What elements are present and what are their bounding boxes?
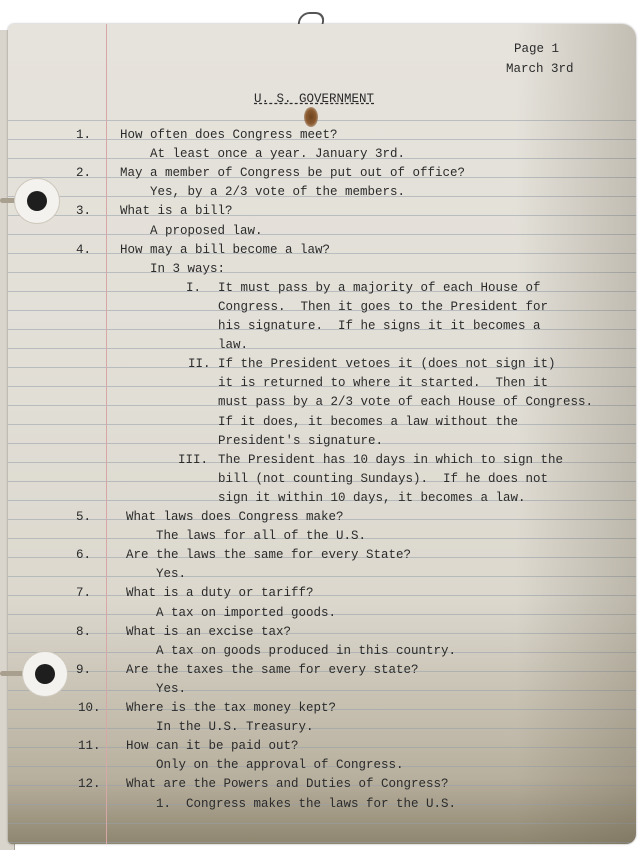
answer-text: The laws for all of the U.S. xyxy=(156,529,366,543)
question-number: 8. xyxy=(76,625,91,639)
question-text: What is an excise tax? xyxy=(126,625,291,639)
page-title: U. S. GOVERNMENT xyxy=(254,92,374,106)
typed-content: Page 1 March 3rd U. S. GOVERNMENT 1.How … xyxy=(8,24,636,844)
answer-text: Only on the approval of Congress. xyxy=(156,758,404,772)
way-text: bill (not counting Sundays). If he does … xyxy=(218,472,548,486)
question-text: May a member of Congress be put out of o… xyxy=(120,166,465,180)
answer-text: A proposed law. xyxy=(150,224,263,238)
question-text: Are the laws the same for every State? xyxy=(126,548,411,562)
answer-text: Yes, by a 2/3 vote of the members. xyxy=(150,185,405,199)
way-text: it is returned to where it started. Then… xyxy=(218,376,548,390)
question-number: 2. xyxy=(76,166,91,180)
way-text: must pass by a 2/3 vote of each House of… xyxy=(218,395,593,409)
answer-text: In the U.S. Treasury. xyxy=(156,720,314,734)
question-number: 11. xyxy=(78,739,101,753)
notebook-page: Page 1 March 3rd U. S. GOVERNMENT 1.How … xyxy=(8,24,636,844)
page-number: Page 1 xyxy=(514,42,559,56)
roman-numeral: II. xyxy=(188,357,211,371)
answer-text: Yes. xyxy=(156,682,186,696)
answer-text: At least once a year. January 3rd. xyxy=(150,147,405,161)
question-text: What laws does Congress make? xyxy=(126,510,344,524)
way-text: sign it within 10 days, it becomes a law… xyxy=(218,491,526,505)
question-number: 5. xyxy=(76,510,91,524)
question-text: Are the taxes the same for every state? xyxy=(126,663,419,677)
question-number: 12. xyxy=(78,777,101,791)
question-text: What is a duty or tariff? xyxy=(126,586,314,600)
answer-text: Yes. xyxy=(156,567,186,581)
way-text: It must pass by a majority of each House… xyxy=(218,281,541,295)
question-text: What is a bill? xyxy=(120,204,233,218)
way-text: Congress. Then it goes to the President … xyxy=(218,300,548,314)
binder-hole xyxy=(35,664,55,684)
way-text: If it does, it becomes a law without the xyxy=(218,415,518,429)
roman-numeral: III. xyxy=(178,453,208,467)
way-text: his signature. If he signs it it becomes… xyxy=(218,319,541,333)
question-text: How often does Congress meet? xyxy=(120,128,338,142)
roman-numeral: I. xyxy=(186,281,201,295)
answer-text: In 3 ways: xyxy=(150,262,225,276)
question-text: Where is the tax money kept? xyxy=(126,701,336,715)
way-text: If the President vetoes it (does not sig… xyxy=(218,357,556,371)
question-number: 1. xyxy=(76,128,91,142)
way-text: law. xyxy=(218,338,248,352)
binder-hole-reinforcement xyxy=(14,178,60,224)
way-text: President's signature. xyxy=(218,434,383,448)
question-number: 3. xyxy=(76,204,91,218)
date: March 3rd xyxy=(506,62,574,76)
binder-hole xyxy=(27,191,47,211)
question-number: 10. xyxy=(78,701,101,715)
answer-text: A tax on goods produced in this country. xyxy=(156,644,456,658)
answer-text: 1. Congress makes the laws for the U.S. xyxy=(156,797,456,811)
question-number: 7. xyxy=(76,586,91,600)
binder-hole-reinforcement xyxy=(22,651,68,697)
question-number: 9. xyxy=(76,663,91,677)
question-text: What are the Powers and Duties of Congre… xyxy=(126,777,449,791)
question-number: 4. xyxy=(76,243,91,257)
question-text: How can it be paid out? xyxy=(126,739,299,753)
question-text: How may a bill become a law? xyxy=(120,243,330,257)
question-number: 6. xyxy=(76,548,91,562)
way-text: The President has 10 days in which to si… xyxy=(218,453,563,467)
answer-text: A tax on imported goods. xyxy=(156,606,336,620)
